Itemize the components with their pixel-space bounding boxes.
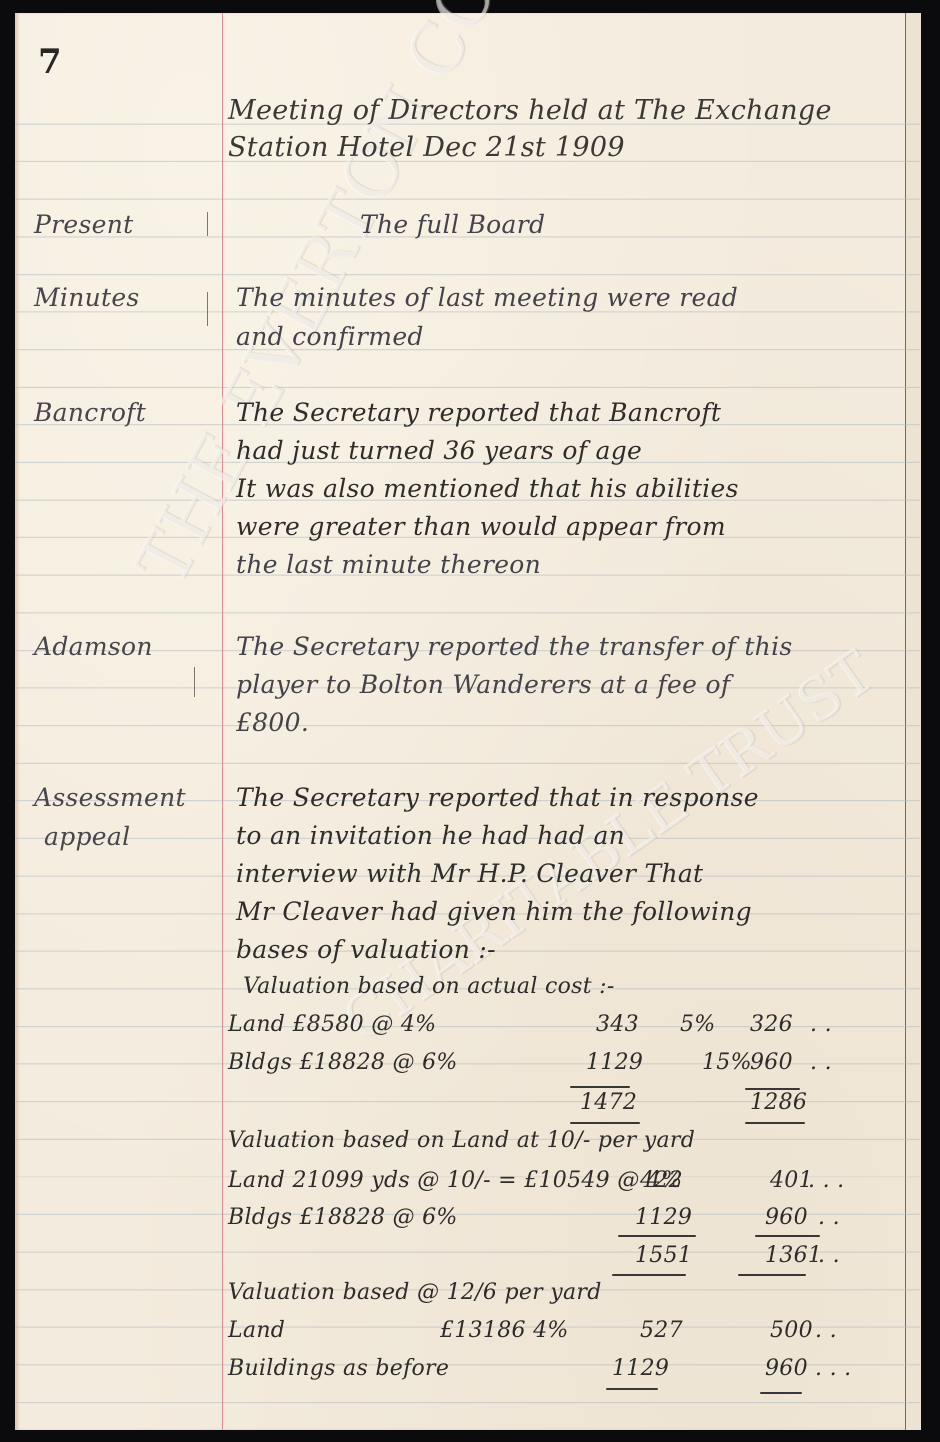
adamson-line-1: The Secretary reported the transfer of t… bbox=[236, 632, 793, 661]
underline bbox=[745, 1122, 805, 1124]
adamson-line-3: £800. bbox=[236, 708, 309, 737]
minutes-line-2: and confirmed bbox=[236, 322, 424, 351]
valuation-1-row-1-item: Land £8580 @ 4% bbox=[228, 1012, 436, 1037]
underline bbox=[570, 1122, 640, 1124]
valuation-2-row-1-reduced: 401 bbox=[770, 1168, 813, 1193]
bancroft-line-5: the last minute thereon bbox=[236, 550, 541, 579]
bracket-mark bbox=[207, 292, 208, 326]
valuation-2-title: Valuation based on Land at 10/- per yard bbox=[228, 1128, 695, 1153]
valuation-1-row-2-dots: . . bbox=[810, 1050, 832, 1075]
assessment-line-5: bases of valuation :- bbox=[236, 935, 496, 964]
valuation-1-title: Valuation based on actual cost :- bbox=[243, 974, 615, 999]
label-minutes: Minutes bbox=[34, 283, 140, 312]
underline bbox=[570, 1086, 630, 1088]
valuation-1-total-reduced: 1286 bbox=[750, 1090, 807, 1115]
bancroft-line-4: were greater than would appear from bbox=[236, 512, 726, 541]
page-fold-edge bbox=[905, 13, 921, 1430]
valuation-3-row-1-dots: . . bbox=[815, 1318, 837, 1343]
valuation-1-row-2-rate: 15% bbox=[702, 1050, 752, 1075]
present-text: The full Board bbox=[360, 210, 545, 239]
adamson-line-2: player to Bolton Wanderers at a fee of bbox=[236, 670, 730, 699]
valuation-1-row-1-dots: . . bbox=[810, 1012, 832, 1037]
valuation-1-total-amount: 1472 bbox=[580, 1090, 637, 1115]
valuation-1-row-1-amount: 343 bbox=[596, 1012, 639, 1037]
label-bancroft: Bancroft bbox=[34, 398, 146, 427]
label-present: Present bbox=[34, 210, 133, 239]
valuation-2-row-2-dots: . . bbox=[818, 1205, 840, 1230]
underline bbox=[606, 1388, 658, 1390]
underline bbox=[618, 1235, 696, 1237]
valuation-3-row-1-item: Land bbox=[228, 1318, 285, 1343]
valuation-2-row-1-dots: . . . bbox=[808, 1168, 844, 1193]
underline bbox=[755, 1235, 820, 1237]
valuation-2-row-1-item: Land 21099 yds @ 10/- = £10549 @ 4% bbox=[228, 1168, 682, 1193]
valuation-2-row-2-amount: 1129 bbox=[635, 1205, 692, 1230]
assessment-line-1: The Secretary reported that in response bbox=[236, 783, 759, 812]
valuation-3-row-2-amount: 1129 bbox=[612, 1356, 669, 1381]
valuation-3-row-2-item: Buildings as before bbox=[228, 1356, 449, 1381]
valuation-3-row-1-value: £13186 4% bbox=[440, 1318, 569, 1343]
red-margin-line bbox=[222, 13, 223, 1430]
minutes-line-1: The minutes of last meeting were read bbox=[236, 283, 738, 312]
assessment-line-2: to an invitation he had had an bbox=[236, 821, 625, 850]
valuation-1-row-1-reduced: 326 bbox=[750, 1012, 793, 1037]
valuation-2-total-dots: . . bbox=[818, 1243, 840, 1268]
assessment-line-4: Mr Cleaver had given him the following bbox=[236, 897, 752, 926]
underline bbox=[760, 1392, 802, 1394]
bancroft-line-2: had just turned 36 years of age bbox=[236, 436, 642, 465]
underline bbox=[612, 1274, 686, 1276]
valuation-1-row-2-amount: 1129 bbox=[586, 1050, 643, 1075]
bracket-mark bbox=[194, 667, 195, 697]
label-adamson: Adamson bbox=[34, 632, 153, 661]
assessment-line-3: interview with Mr H.P. Cleaver That bbox=[236, 859, 703, 888]
valuation-2-row-2-reduced: 960 bbox=[765, 1205, 808, 1230]
bracket-mark bbox=[207, 212, 208, 236]
label-assessment: Assessment bbox=[34, 783, 186, 812]
valuation-2-row-2-item: Bldgs £18828 @ 6% bbox=[228, 1205, 458, 1230]
valuation-3-row-2-dots: . . . bbox=[815, 1356, 851, 1381]
valuation-2-total-reduced: 1361 bbox=[765, 1243, 822, 1268]
valuation-3-row-1-reduced: 500 bbox=[770, 1318, 813, 1343]
bancroft-line-3: It was also mentioned that his abilities bbox=[236, 474, 739, 503]
label-appeal: appeal bbox=[44, 822, 130, 851]
bancroft-line-1: The Secretary reported that Bancroft bbox=[236, 398, 721, 427]
underline bbox=[738, 1274, 806, 1276]
valuation-1-row-2-reduced: 960 bbox=[750, 1050, 793, 1075]
valuation-2-total-amount: 1551 bbox=[635, 1243, 692, 1268]
valuation-2-row-1-amount: 422 bbox=[640, 1168, 683, 1193]
meeting-heading-line-1: Meeting of Directors held at The Exchang… bbox=[228, 95, 832, 126]
page-number: 7 bbox=[38, 42, 62, 82]
valuation-3-row-2-reduced: 960 bbox=[765, 1356, 808, 1381]
valuation-3-row-1-amount: 527 bbox=[640, 1318, 683, 1343]
meeting-heading-line-2: Station Hotel Dec 21st 1909 bbox=[228, 132, 625, 163]
valuation-3-title: Valuation based @ 12/6 per yard bbox=[228, 1280, 602, 1305]
valuation-1-row-1-rate: 5% bbox=[680, 1012, 716, 1037]
valuation-1-row-2-item: Bldgs £18828 @ 6% bbox=[228, 1050, 458, 1075]
